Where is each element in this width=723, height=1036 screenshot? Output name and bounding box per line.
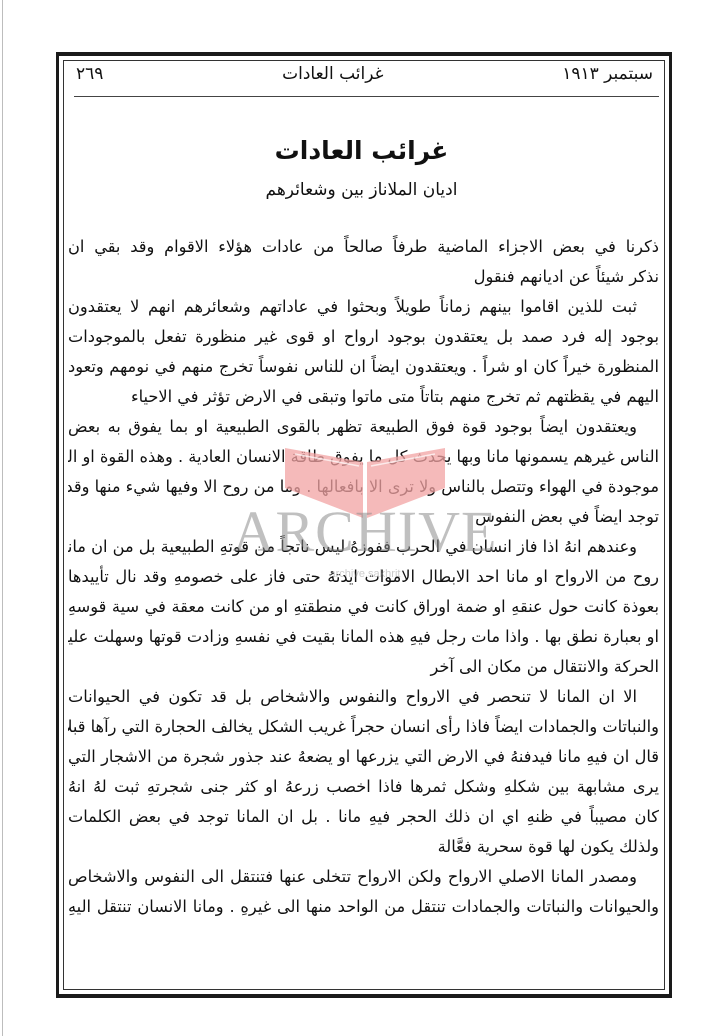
scan-edge-line — [2, 0, 3, 1036]
body-line: كان مصيباً في ظنهِ اي ان ذلك الحجر فيهِ … — [68, 802, 659, 832]
body-line: موجودة في الهواء وتتصل بالناس ولا ترى ال… — [68, 472, 659, 502]
body-line: بوجود إله فرد صمد بل يعتقدون بوجود ارواح… — [68, 322, 659, 352]
body-line: توجد ايضاً في بعض النفوس — [68, 502, 659, 532]
body-line: الا ان المانا لا تنحصر في الارواح والنفو… — [68, 682, 659, 712]
running-section-title: غرائب العادات — [282, 64, 383, 84]
page-number: ٢٦٩ — [62, 64, 103, 84]
body-line: ولذلك يكون لها قوة سحرية فعَّالة — [68, 832, 659, 862]
body-line: ومصدر المانا الاصلي الارواح ولكن الارواح… — [68, 862, 659, 892]
body-line: روح من الارواح او مانا احد الابطال الامو… — [68, 562, 659, 592]
body-line: او بعبارة نطق بها . واذا مات رجل فيهِ هذ… — [68, 622, 659, 652]
article-subtitle: اديان الملاناز بين وشعائرهم — [62, 180, 661, 200]
body-line: المنظورة خيراً كان او شراً . ويعتقدون اي… — [68, 352, 659, 382]
body-line: ذكرنا في بعض الاجزاء الماضية طرفاً صالحا… — [68, 232, 659, 262]
issue-date: سبتمبر ١٩١٣ — [562, 64, 661, 84]
body-line: وعندهم انهُ اذا فاز انسان في الحرب ففوزه… — [68, 532, 659, 562]
article-title: غرائب العادات — [62, 136, 661, 165]
body-line: اليهم في يقظتهم ثم تخرج منهم بتاتاً متى … — [68, 382, 659, 412]
body-line: الحركة والانتقال من مكان الى آخر — [68, 652, 659, 682]
header-rule — [74, 96, 659, 97]
body-line: والنباتات والجمادات ايضاً فاذا رأى انسان… — [68, 712, 659, 742]
body-line: ويعتقدون ايضاً بوجود قوة فوق الطبيعة تظه… — [68, 412, 659, 442]
article-body: ذكرنا في بعض الاجزاء الماضية طرفاً صالحا… — [68, 232, 659, 922]
body-line: الناس غيرهم يسمونها مانا وبها يحدث كل ما… — [68, 442, 659, 472]
body-line: ثبت للذين اقاموا بينهم زماناً طويلاً وبح… — [68, 292, 659, 322]
running-header: سبتمبر ١٩١٣ غرائب العادات ٢٦٩ — [62, 60, 661, 88]
body-line: نذكر شيئاً عن اديانهم فنقول — [68, 262, 659, 292]
body-line: بعوذة كانت حول عنقهِ او ضمة اوراق كانت ف… — [68, 592, 659, 622]
body-line: والحيوانات والنباتات والجمادات تنتقل من … — [68, 892, 659, 922]
body-line: قال ان فيهِ مانا فيدفنهُ في الارض التي ي… — [68, 742, 659, 772]
body-line: يرى مشابهة بين شكلهِ وشكل ثمرها فاذا اخص… — [68, 772, 659, 802]
